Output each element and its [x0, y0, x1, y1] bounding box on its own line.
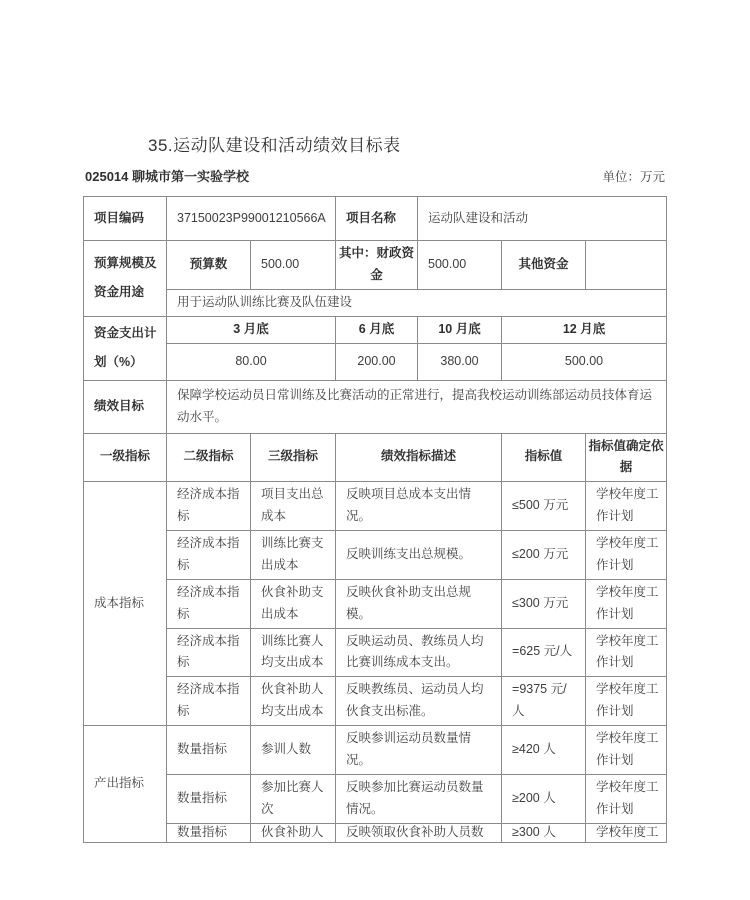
cell-value: ≤500 万元 — [502, 482, 586, 531]
indicator-row: 产出指标 数量指标 参训人数 反映参训运动员数量情况。 ≥420 人 学校年度工… — [84, 726, 667, 775]
cell-basis: 学校年度工作计划 — [586, 774, 667, 823]
cell-basis: 学校年度工作计划 — [586, 628, 667, 677]
cell-desc: 反映运动员、教练员人均比赛训练成本支出。 — [336, 628, 502, 677]
cell-basis: 学校年度工 — [586, 823, 667, 842]
page-title: 35.运动队建设和活动绩效目标表 — [148, 131, 401, 156]
amount-june: 200.00 — [336, 343, 418, 380]
cell-basis: 学校年度工作计划 — [586, 482, 667, 531]
cell-level2: 经济成本指标 — [167, 531, 251, 580]
group-cell-output: 产出指标 — [84, 726, 167, 843]
header-level2: 二级指标 — [167, 433, 251, 482]
table-row: 用于运动队训练比赛及队伍建设 — [84, 289, 667, 316]
cell-basis: 学校年度工作计划 — [586, 677, 667, 726]
cell-basis: 学校年度工作计划 — [586, 531, 667, 580]
indicator-header-row: 一级指标 二级指标 三级指标 绩效指标描述 指标值 指标值确定依据 — [84, 433, 667, 482]
cell-level3: 伙食补助支出成本 — [251, 579, 336, 628]
cell-level3: 伙食补助人均支出成本 — [251, 677, 336, 726]
cell-value: =625 元/人 — [502, 628, 586, 677]
cell-desc: 反映伙食补助支出总规模。 — [336, 579, 502, 628]
other-funds-value — [586, 241, 667, 290]
header-value: 指标值 — [502, 433, 586, 482]
spending-plan-label: 资金支出计划（%） — [84, 316, 167, 380]
cell-value: ≤300 万元 — [502, 579, 586, 628]
project-code-value: 37150023P99001210566A — [167, 197, 336, 241]
table-row: 预算规模及资金用途 预算数 500.00 其中：财政资金 500.00 其他资金 — [84, 241, 667, 290]
usage-value: 用于运动队训练比赛及队伍建设 — [167, 289, 667, 316]
cell-desc: 反映领取伙食补助人员数 — [336, 823, 502, 842]
other-funds-label: 其他资金 — [502, 241, 586, 290]
cell-desc: 反映项目总成本支出情况。 — [336, 482, 502, 531]
cell-desc: 反映参训运动员数量情况。 — [336, 726, 502, 775]
cell-level2: 经济成本指标 — [167, 579, 251, 628]
project-name-value: 运动队建设和活动 — [418, 197, 667, 241]
cell-value: ≥420 人 — [502, 726, 586, 775]
document-page: 35.运动队建设和活动绩效目标表 025014 聊城市第一实验学校 单位：万元 … — [0, 0, 750, 900]
header-desc: 绩效指标描述 — [336, 433, 502, 482]
budget-amount-label: 预算数 — [167, 241, 251, 290]
fiscal-funds-value: 500.00 — [418, 241, 502, 290]
org-name: 025014 聊城市第一实验学校 — [85, 166, 249, 185]
header-level3: 三级指标 — [251, 433, 336, 482]
period-december: 12 月底 — [502, 316, 667, 343]
cell-level2: 数量指标 — [167, 726, 251, 775]
cell-basis: 学校年度工作计划 — [586, 579, 667, 628]
table-row: 80.00 200.00 380.00 500.00 — [84, 343, 667, 380]
table-row: 资金支出计划（%） 3 月底 6 月底 10 月底 12 月底 — [84, 316, 667, 343]
cell-level3: 参加比赛人次 — [251, 774, 336, 823]
table-row: 项目编码 37150023P99001210566A 项目名称 运动队建设和活动 — [84, 197, 667, 241]
cell-desc: 反映教练员、运动员人均伙食支出标准。 — [336, 677, 502, 726]
cell-level3: 训练比赛支出成本 — [251, 531, 336, 580]
period-june: 6 月底 — [336, 316, 418, 343]
cell-value: ≤200 万元 — [502, 531, 586, 580]
meta-row: 025014 聊城市第一实验学校 单位：万元 — [85, 166, 665, 185]
cell-level2: 数量指标 — [167, 823, 251, 842]
cell-value: =9375 元/人 — [502, 677, 586, 726]
performance-goal-value: 保障学校运动员日常训练及比赛活动的正常进行，提高我校运动训练部运动员技体育运动水… — [167, 380, 667, 433]
budget-amount-value: 500.00 — [251, 241, 336, 290]
unit-label: 单位：万元 — [602, 167, 665, 185]
indicator-row: 经济成本指标 伙食补助人均支出成本 反映教练员、运动员人均伙食支出标准。 =93… — [84, 677, 667, 726]
amount-october: 380.00 — [418, 343, 502, 380]
cell-desc: 反映训练支出总规模。 — [336, 531, 502, 580]
cell-level2: 数量指标 — [167, 774, 251, 823]
amount-march: 80.00 — [167, 343, 336, 380]
performance-target-table: 项目编码 37150023P99001210566A 项目名称 运动队建设和活动… — [83, 196, 667, 843]
budget-scope-label: 预算规模及资金用途 — [84, 241, 167, 317]
indicator-row: 数量指标 参加比赛人次 反映参加比赛运动员数量情况。 ≥200 人 学校年度工作… — [84, 774, 667, 823]
cell-level2: 经济成本指标 — [167, 677, 251, 726]
project-code-label: 项目编码 — [84, 197, 167, 241]
cell-level2: 经济成本指标 — [167, 628, 251, 677]
amount-december: 500.00 — [502, 343, 667, 380]
indicator-row: 成本指标 经济成本指标 项目支出总成本 反映项目总成本支出情况。 ≤500 万元… — [84, 482, 667, 531]
table-row: 绩效目标 保障学校运动员日常训练及比赛活动的正常进行，提高我校运动训练部运动员技… — [84, 380, 667, 433]
cell-level3: 项目支出总成本 — [251, 482, 336, 531]
header-basis: 指标值确定依据 — [586, 433, 667, 482]
group-cell-cost: 成本指标 — [84, 482, 167, 726]
cell-desc: 反映参加比赛运动员数量情况。 — [336, 774, 502, 823]
fiscal-funds-label: 其中：财政资金 — [336, 241, 418, 290]
performance-goal-label: 绩效目标 — [84, 380, 167, 433]
cell-level3: 训练比赛人均支出成本 — [251, 628, 336, 677]
cell-basis: 学校年度工作计划 — [586, 726, 667, 775]
cell-level2: 经济成本指标 — [167, 482, 251, 531]
period-march: 3 月底 — [167, 316, 336, 343]
cell-value: ≥300 人 — [502, 823, 586, 842]
indicator-row: 经济成本指标 训练比赛支出成本 反映训练支出总规模。 ≤200 万元 学校年度工… — [84, 531, 667, 580]
period-october: 10 月底 — [418, 316, 502, 343]
header-level1: 一级指标 — [84, 433, 167, 482]
project-name-label: 项目名称 — [336, 197, 418, 241]
indicator-row-truncated: 数量指标 伙食补助人 反映领取伙食补助人员数 ≥300 人 学校年度工 — [84, 823, 667, 842]
cell-level3: 参训人数 — [251, 726, 336, 775]
cell-value: ≥200 人 — [502, 774, 586, 823]
indicator-row: 经济成本指标 训练比赛人均支出成本 反映运动员、教练员人均比赛训练成本支出。 =… — [84, 628, 667, 677]
cell-level3: 伙食补助人 — [251, 823, 336, 842]
indicator-row: 经济成本指标 伙食补助支出成本 反映伙食补助支出总规模。 ≤300 万元 学校年… — [84, 579, 667, 628]
